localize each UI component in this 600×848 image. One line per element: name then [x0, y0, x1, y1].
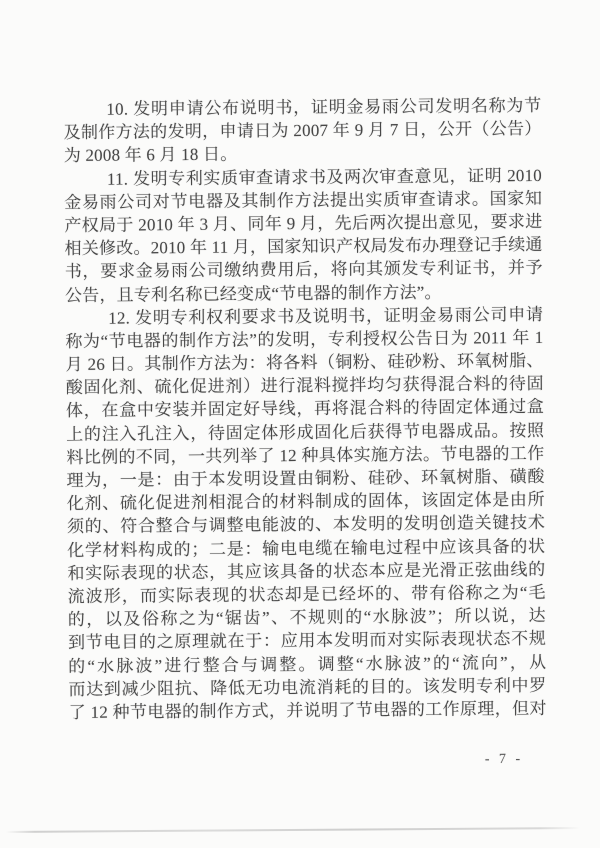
paragraph-item-11: 11. 发明专利实质审查请求书及两次审查意见，证明 2010 年金易雨公司对节电… — [64, 163, 543, 306]
paragraph-item-12: 12. 发明专利权利要求书及说明书，证明金易雨公司申请的名称为“节电器的制作方法… — [65, 303, 547, 725]
text-line: 书，要求金易雨公司缴纳费用后，将向其颁发专利证书，并予以 — [65, 256, 543, 283]
document-body: 10. 发明申请公布说明书，证明金易雨公司发明名称为节电器及制作方法的发明，申请… — [63, 94, 546, 724]
scan-artifact-line — [6, 827, 580, 833]
text-line: 到节电目的之原理就在于：应用本发明而对实际表现状态不规则 — [68, 627, 546, 654]
page-number: - 7 - — [466, 752, 542, 769]
document-page: 10. 发明申请公布说明书，证明金易雨公司发明名称为节电器及制作方法的发明，申请… — [0, 0, 600, 848]
text-line: 了 12 种节电器的制作方式，并说明了节电器的工作原理，但对于 — [69, 697, 547, 724]
text-line: 及制作方法的发明，申请日为 2007 年 9 月 7 日，公开（公告）日 — [63, 117, 541, 144]
paragraph-item-10: 10. 发明申请公布说明书，证明金易雨公司发明名称为节电器及制作方法的发明，申请… — [63, 94, 542, 168]
